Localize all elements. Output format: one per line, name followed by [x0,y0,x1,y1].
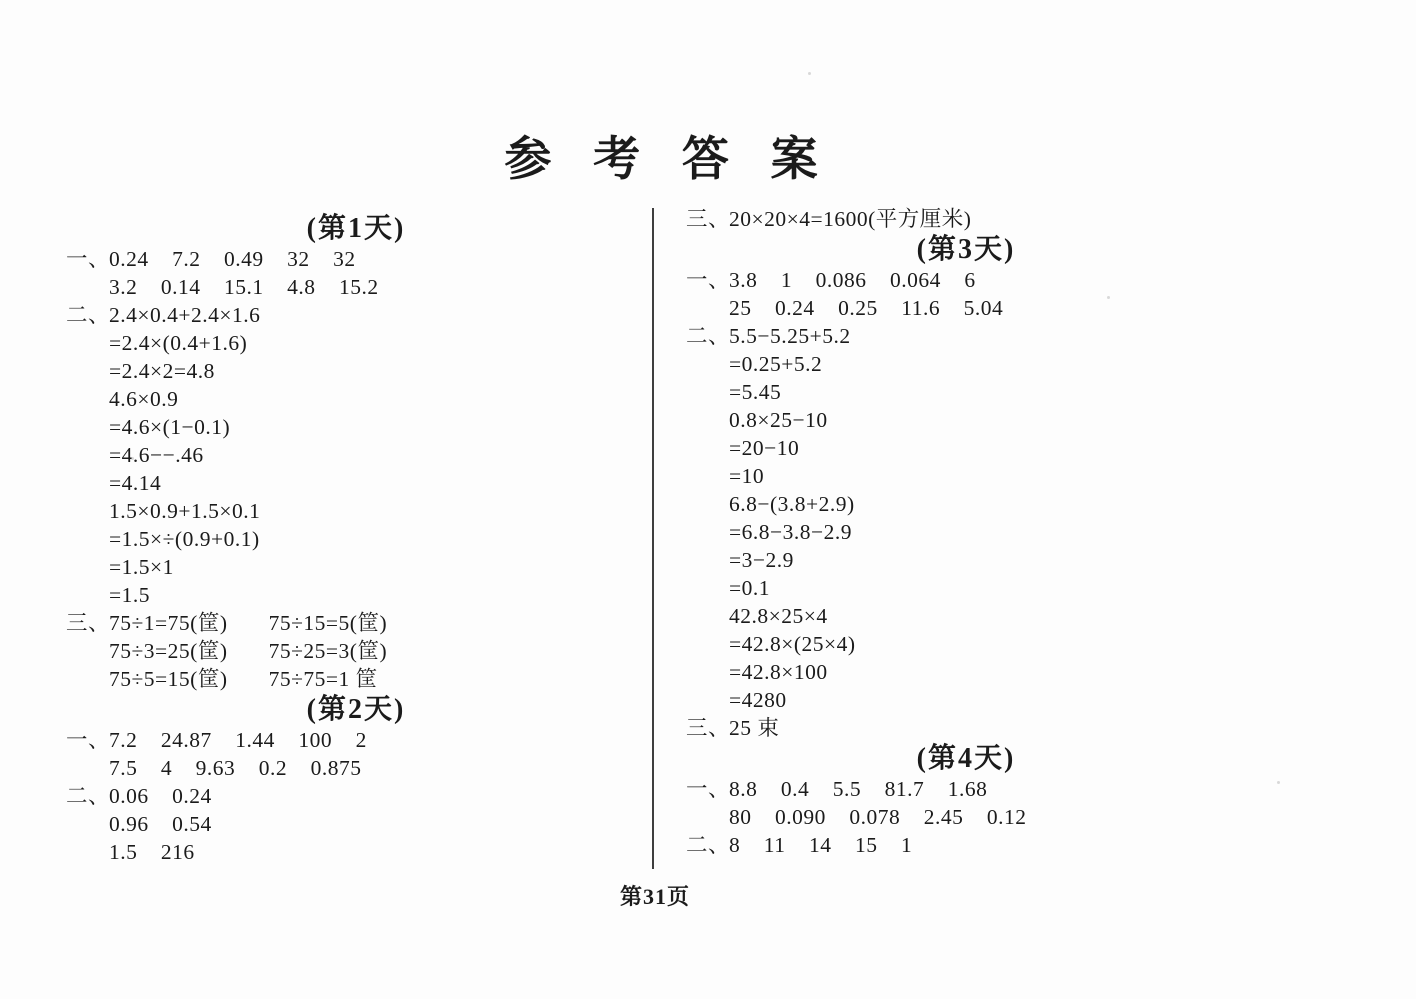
answer-line: 1.5 216 [66,838,646,866]
scan-speck [131,457,134,460]
answer-text: 3.8 1 0.086 0.064 6 [729,268,976,292]
answer-line: =2.4×(0.4+1.6) [66,329,646,357]
answer-text: 8.8 0.4 5.5 81.7 1.68 [729,777,987,801]
day-heading: (第1天) [66,212,646,245]
answer-line: =4280 [686,686,1246,714]
problem-number-label: 一、 [66,726,109,754]
answer-line: 一、7.2 24.87 1.44 100 2 [66,726,646,754]
answer-line: =1.5×÷(0.9+0.1) [66,525,646,553]
answer-line: =42.8×(25×4) [686,630,1246,658]
answer-line: 7.5 4 9.63 0.2 0.875 [66,754,646,782]
scan-speck [1107,296,1110,299]
day-heading: (第4天) [686,742,1246,775]
answer-line: 6.8−(3.8+2.9) [686,490,1246,518]
answer-line: 0.96 0.54 [66,810,646,838]
answer-line: 42.8×25×4 [686,602,1246,630]
answer-line: 一、0.24 7.2 0.49 32 32 [66,245,646,273]
column-divider-rule [652,208,654,869]
answer-line: =2.4×2=4.8 [66,357,646,385]
answer-text: 25 束 [729,716,779,740]
answers-column-right: 三、20×20×4=1600(平方厘米)(第3天)一、3.8 1 0.086 0… [686,205,1246,859]
answer-line: 三、75÷1=75(筐) 75÷15=5(筐) [66,609,646,637]
answer-line: =42.8×100 [686,658,1246,686]
answer-line: 80 0.090 0.078 2.45 0.12 [686,803,1246,831]
answer-line: =4.14 [66,469,646,497]
answer-line: =6.8−3.8−2.9 [686,518,1246,546]
answer-line: 0.8×25−10 [686,406,1246,434]
answer-line: 二、2.4×0.4+2.4×1.6 [66,301,646,329]
answer-line: 一、8.8 0.4 5.5 81.7 1.68 [686,775,1246,803]
problem-number-label: 二、 [66,782,109,810]
answer-text: 2.4×0.4+2.4×1.6 [109,303,260,327]
answer-text: 5.5−5.25+5.2 [729,324,851,348]
problem-number-label: 二、 [686,322,729,350]
answer-line: =20−10 [686,434,1246,462]
page-number-footer: 第31页 [0,880,1310,911]
answer-text: 8 11 14 15 1 [729,833,912,857]
day-heading: (第2天) [66,693,646,726]
problem-number-label: 二、 [66,301,109,329]
answers-column-left: (第1天)一、0.24 7.2 0.49 32 323.2 0.14 15.1 … [66,212,646,866]
answer-line: 75÷5=15(筐) 75÷75=1 筐 [66,665,646,693]
answer-text: 75÷1=75(筐) 75÷15=5(筐) [109,611,387,635]
answer-line: =1.5 [66,581,646,609]
problem-number-label: 二、 [686,831,729,859]
answer-line: =3−2.9 [686,546,1246,574]
answer-line: =5.45 [686,378,1246,406]
problem-number-label: 三、 [686,714,729,742]
answer-line: 1.5×0.9+1.5×0.1 [66,497,646,525]
problem-number-label: 一、 [66,245,109,273]
answer-line: 二、5.5−5.25+5.2 [686,322,1246,350]
answer-line: =0.1 [686,574,1246,602]
answer-line: 3.2 0.14 15.1 4.8 15.2 [66,273,646,301]
answer-line: 三、20×20×4=1600(平方厘米) [686,205,1246,233]
answer-line: 一、3.8 1 0.086 0.064 6 [686,266,1246,294]
answer-line: 二、8 11 14 15 1 [686,831,1246,859]
answer-line: =0.25+5.2 [686,350,1246,378]
answer-line: 75÷3=25(筐) 75÷25=3(筐) [66,637,646,665]
problem-number-label: 一、 [686,266,729,294]
problem-number-label: 三、 [686,205,729,233]
answer-text: 20×20×4=1600(平方厘米) [729,207,971,231]
answer-line: 二、0.06 0.24 [66,782,646,810]
problem-number-label: 一、 [686,775,729,803]
answer-line: 25 0.24 0.25 11.6 5.04 [686,294,1246,322]
scan-speck [808,72,811,75]
day-heading: (第3天) [686,233,1246,266]
answer-line: 三、25 束 [686,714,1246,742]
answer-line: =4.6×(1−0.1) [66,413,646,441]
answer-line: =1.5×1 [66,553,646,581]
answer-line: 4.6×0.9 [66,385,646,413]
answer-line: =10 [686,462,1246,490]
page-title: 参 考 答 案 [0,122,1324,189]
answer-text: 7.2 24.87 1.44 100 2 [109,728,367,752]
problem-number-label: 三、 [66,609,109,637]
scanned-answer-page: 参 考 答 案 (第1天)一、0.24 7.2 0.49 32 323.2 0.… [0,0,1416,999]
answer-text: 0.24 7.2 0.49 32 32 [109,247,356,271]
answer-line: =4.6−−.46 [66,441,646,469]
answer-text: 0.06 0.24 [109,784,212,808]
scan-speck [1277,781,1280,784]
